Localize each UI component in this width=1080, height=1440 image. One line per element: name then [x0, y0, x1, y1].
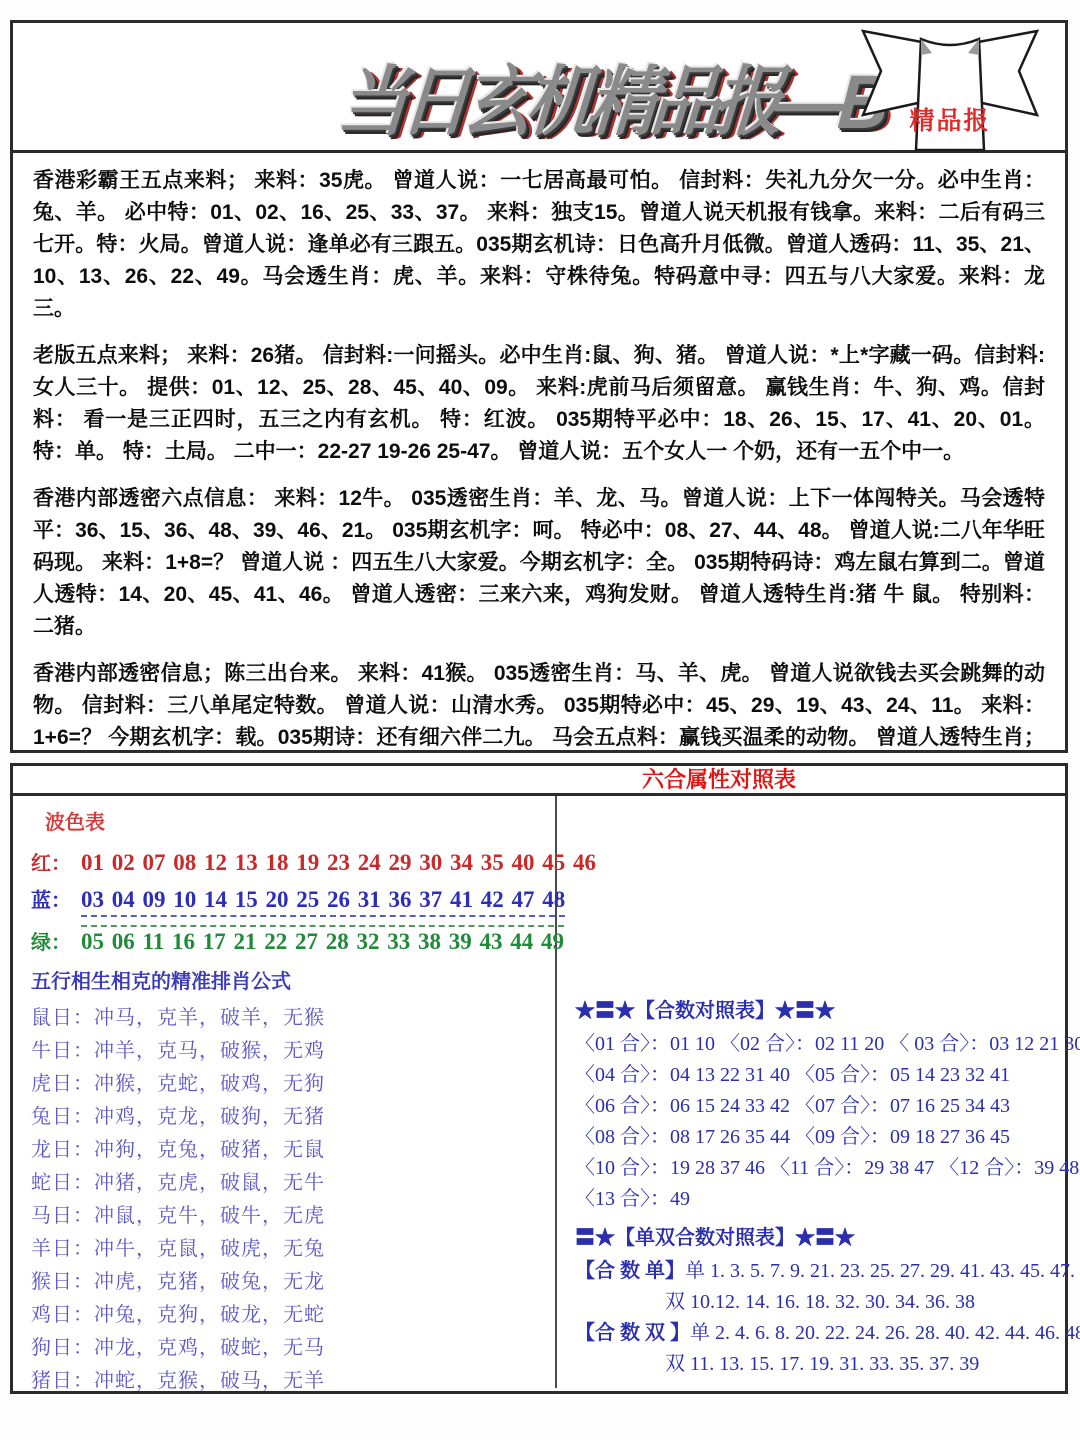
scroll-banner: 精品报 [857, 27, 1043, 153]
bose-row-red: 红：01 02 07 08 12 13 18 19 23 24 29 30 34… [31, 847, 555, 876]
danshuang-label: 【合 数 单】 [575, 1260, 685, 1282]
tips-paragraphs: 香港彩霸王五点来料； 来料：35虎。 曾道人说：一七居高最可怕。 信封料：失礼九… [13, 153, 1065, 753]
bose-table-title: 波色表 [45, 806, 555, 835]
hesu-line: 〈06 合〉：06 15 24 33 42 〈07 合〉：07 16 25 34… [575, 1091, 1080, 1122]
danshuang-line: 双 11. 13. 15. 17. 19. 31. 33. 35. 37. 39 [575, 1349, 1080, 1380]
hesu-line: 〈01 合〉：01 10 〈02 合〉：02 11 20 〈 03 合〉：03 … [575, 1029, 1080, 1060]
danshuang-text: 双 11. 13. 15. 17. 19. 31. 33. 35. 37. 39 [665, 1353, 979, 1375]
hesu-table-header: ★〓★【合数对照表】★〓★ [575, 994, 1080, 1023]
zodiac-line: 猪日：冲蛇，克猴，破马，无羊 [31, 1365, 555, 1398]
right-column: ★〓★【合数对照表】★〓★ 〈01 合〉：01 10 〈02 合〉：02 11 … [557, 796, 1080, 1388]
bose-row-green: 绿：05 06 11 16 17 21 22 27 28 32 33 38 39… [31, 925, 555, 955]
bose-row-blue: 蓝：03 04 09 10 14 15 20 25 26 31 36 37 41… [31, 884, 555, 917]
danshuang-table-header: 〓★【单双合数对照表】★〓★ [575, 1221, 1080, 1250]
banner-label: 精品报 [857, 101, 1043, 137]
bose-numbers-green: 05 06 11 16 17 21 22 27 28 32 33 38 39 4… [81, 925, 564, 955]
zodiac-line: 鼠日：冲马，克羊，破羊，无猴 [31, 1002, 555, 1035]
left-column: 波色表 红：01 02 07 08 12 13 18 19 23 24 29 3… [13, 796, 557, 1388]
danshuang-line: 【合 数 双 】单 2. 4. 6. 8. 20. 22. 24. 26. 28… [575, 1318, 1080, 1349]
zodiac-line: 兔日：冲鸡，克龙，破狗，无猪 [31, 1101, 555, 1134]
page-title: 当日玄机精品报—B [334, 41, 886, 150]
section-title: 六合属性对照表 [13, 766, 1065, 796]
zodiac-line: 虎日：冲猴，克蛇，破鸡，无狗 [31, 1068, 555, 1101]
bose-numbers-blue: 03 04 09 10 14 15 20 25 26 31 36 37 41 4… [81, 887, 565, 917]
danshuang-text: 双 10.12. 14. 16. 18. 32. 30. 34. 36. 38 [665, 1291, 975, 1313]
hesu-line: 〈04 合〉：04 13 22 31 40 〈05 合〉：05 14 23 32… [575, 1060, 1080, 1091]
bose-label-red: 红： [31, 847, 71, 876]
danshuang-lines: 【合 数 单】单 1. 3. 5. 7. 9. 21. 23. 25. 27. … [575, 1256, 1080, 1380]
tips-paragraph: 香港内部透密六点信息： 来料：12牛。 035透密生肖：羊、龙、马。曾道人说：上… [33, 483, 1045, 643]
bose-rows: 红：01 02 07 08 12 13 18 19 23 24 29 30 34… [31, 847, 555, 955]
hesu-line: 〈13 合〉：49 [575, 1184, 1080, 1215]
danshuang-line: 【合 数 单】单 1. 3. 5. 7. 9. 21. 23. 25. 27. … [575, 1256, 1080, 1287]
danshuang-text: 单 1. 3. 5. 7. 9. 21. 23. 25. 27. 29. 41.… [685, 1260, 1080, 1282]
bose-label-blue: 蓝： [31, 884, 71, 913]
masthead: 当日玄机精品报—B 精品报 [13, 23, 1065, 153]
zodiac-line: 牛日：冲羊，克马，破猴，无鸡 [31, 1035, 555, 1068]
danshuang-line: 双 10.12. 14. 16. 18. 32. 30. 34. 36. 38 [575, 1287, 1080, 1318]
bose-numbers-red: 01 02 07 08 12 13 18 19 23 24 29 30 34 3… [81, 850, 596, 876]
danshuang-label: 【合 数 双 】 [575, 1322, 690, 1344]
bose-label-green: 绿： [31, 926, 71, 955]
zodiac-line: 羊日：冲牛，克鼠，破虎，无兔 [31, 1233, 555, 1266]
zodiac-list: 鼠日：冲马，克羊，破羊，无猴牛日：冲羊，克马，破猴，无鸡虎日：冲猴，克蛇，破鸡，… [31, 1002, 555, 1398]
tips-paragraph: 香港彩霸王五点来料； 来料：35虎。 曾道人说：一七居高最可怕。 信封料：失礼九… [33, 165, 1045, 325]
tips-paragraph: 香港内部透密信息；陈三出台来。 来料：41猴。 035透密生肖：马、羊、虎。 曾… [33, 658, 1045, 753]
zodiac-line: 猴日：冲虎，克猪，破兔，无龙 [31, 1266, 555, 1299]
top-frame: 当日玄机精品报—B 精品报 香港彩霸王五点来料； 来料：35虎。 曾道人说：一七… [10, 20, 1068, 753]
zodiac-line: 狗日：冲龙，克鸡，破蛇，无马 [31, 1332, 555, 1365]
tips-paragraph: 老版五点来料； 来料：26猪。 信封料:一问摇头。必中生肖:鼠、狗、猪。 曾道人… [33, 340, 1045, 468]
zodiac-line: 蛇日：冲猪，克虎，破鼠，无牛 [31, 1167, 555, 1200]
formula-title: 五行相生相克的精准排肖公式 [31, 965, 555, 994]
hesu-line: 〈08 合〉：08 17 26 35 44 〈09 合〉：09 18 27 36… [575, 1122, 1080, 1153]
danshuang-text: 单 2. 4. 6. 8. 20. 22. 24. 26. 28. 40. 42… [690, 1322, 1080, 1344]
hesu-lines: 〈01 合〉：01 10 〈02 合〉：02 11 20 〈 03 合〉：03 … [575, 1029, 1080, 1215]
zodiac-line: 龙日：冲狗，克兔，破猪，无鼠 [31, 1134, 555, 1167]
attribute-table-frame: 六合属性对照表 波色表 红：01 02 07 08 12 13 18 19 23… [10, 763, 1068, 1394]
zodiac-line: 马日：冲鼠，克牛，破牛，无虎 [31, 1200, 555, 1233]
zodiac-line: 鸡日：冲兔，克狗，破龙，无蛇 [31, 1299, 555, 1332]
hesu-line: 〈10 合〉：19 28 37 46 〈11 合〉：29 38 47 〈12 合… [575, 1153, 1080, 1184]
table-columns: 波色表 红：01 02 07 08 12 13 18 19 23 24 29 3… [13, 796, 1065, 1388]
